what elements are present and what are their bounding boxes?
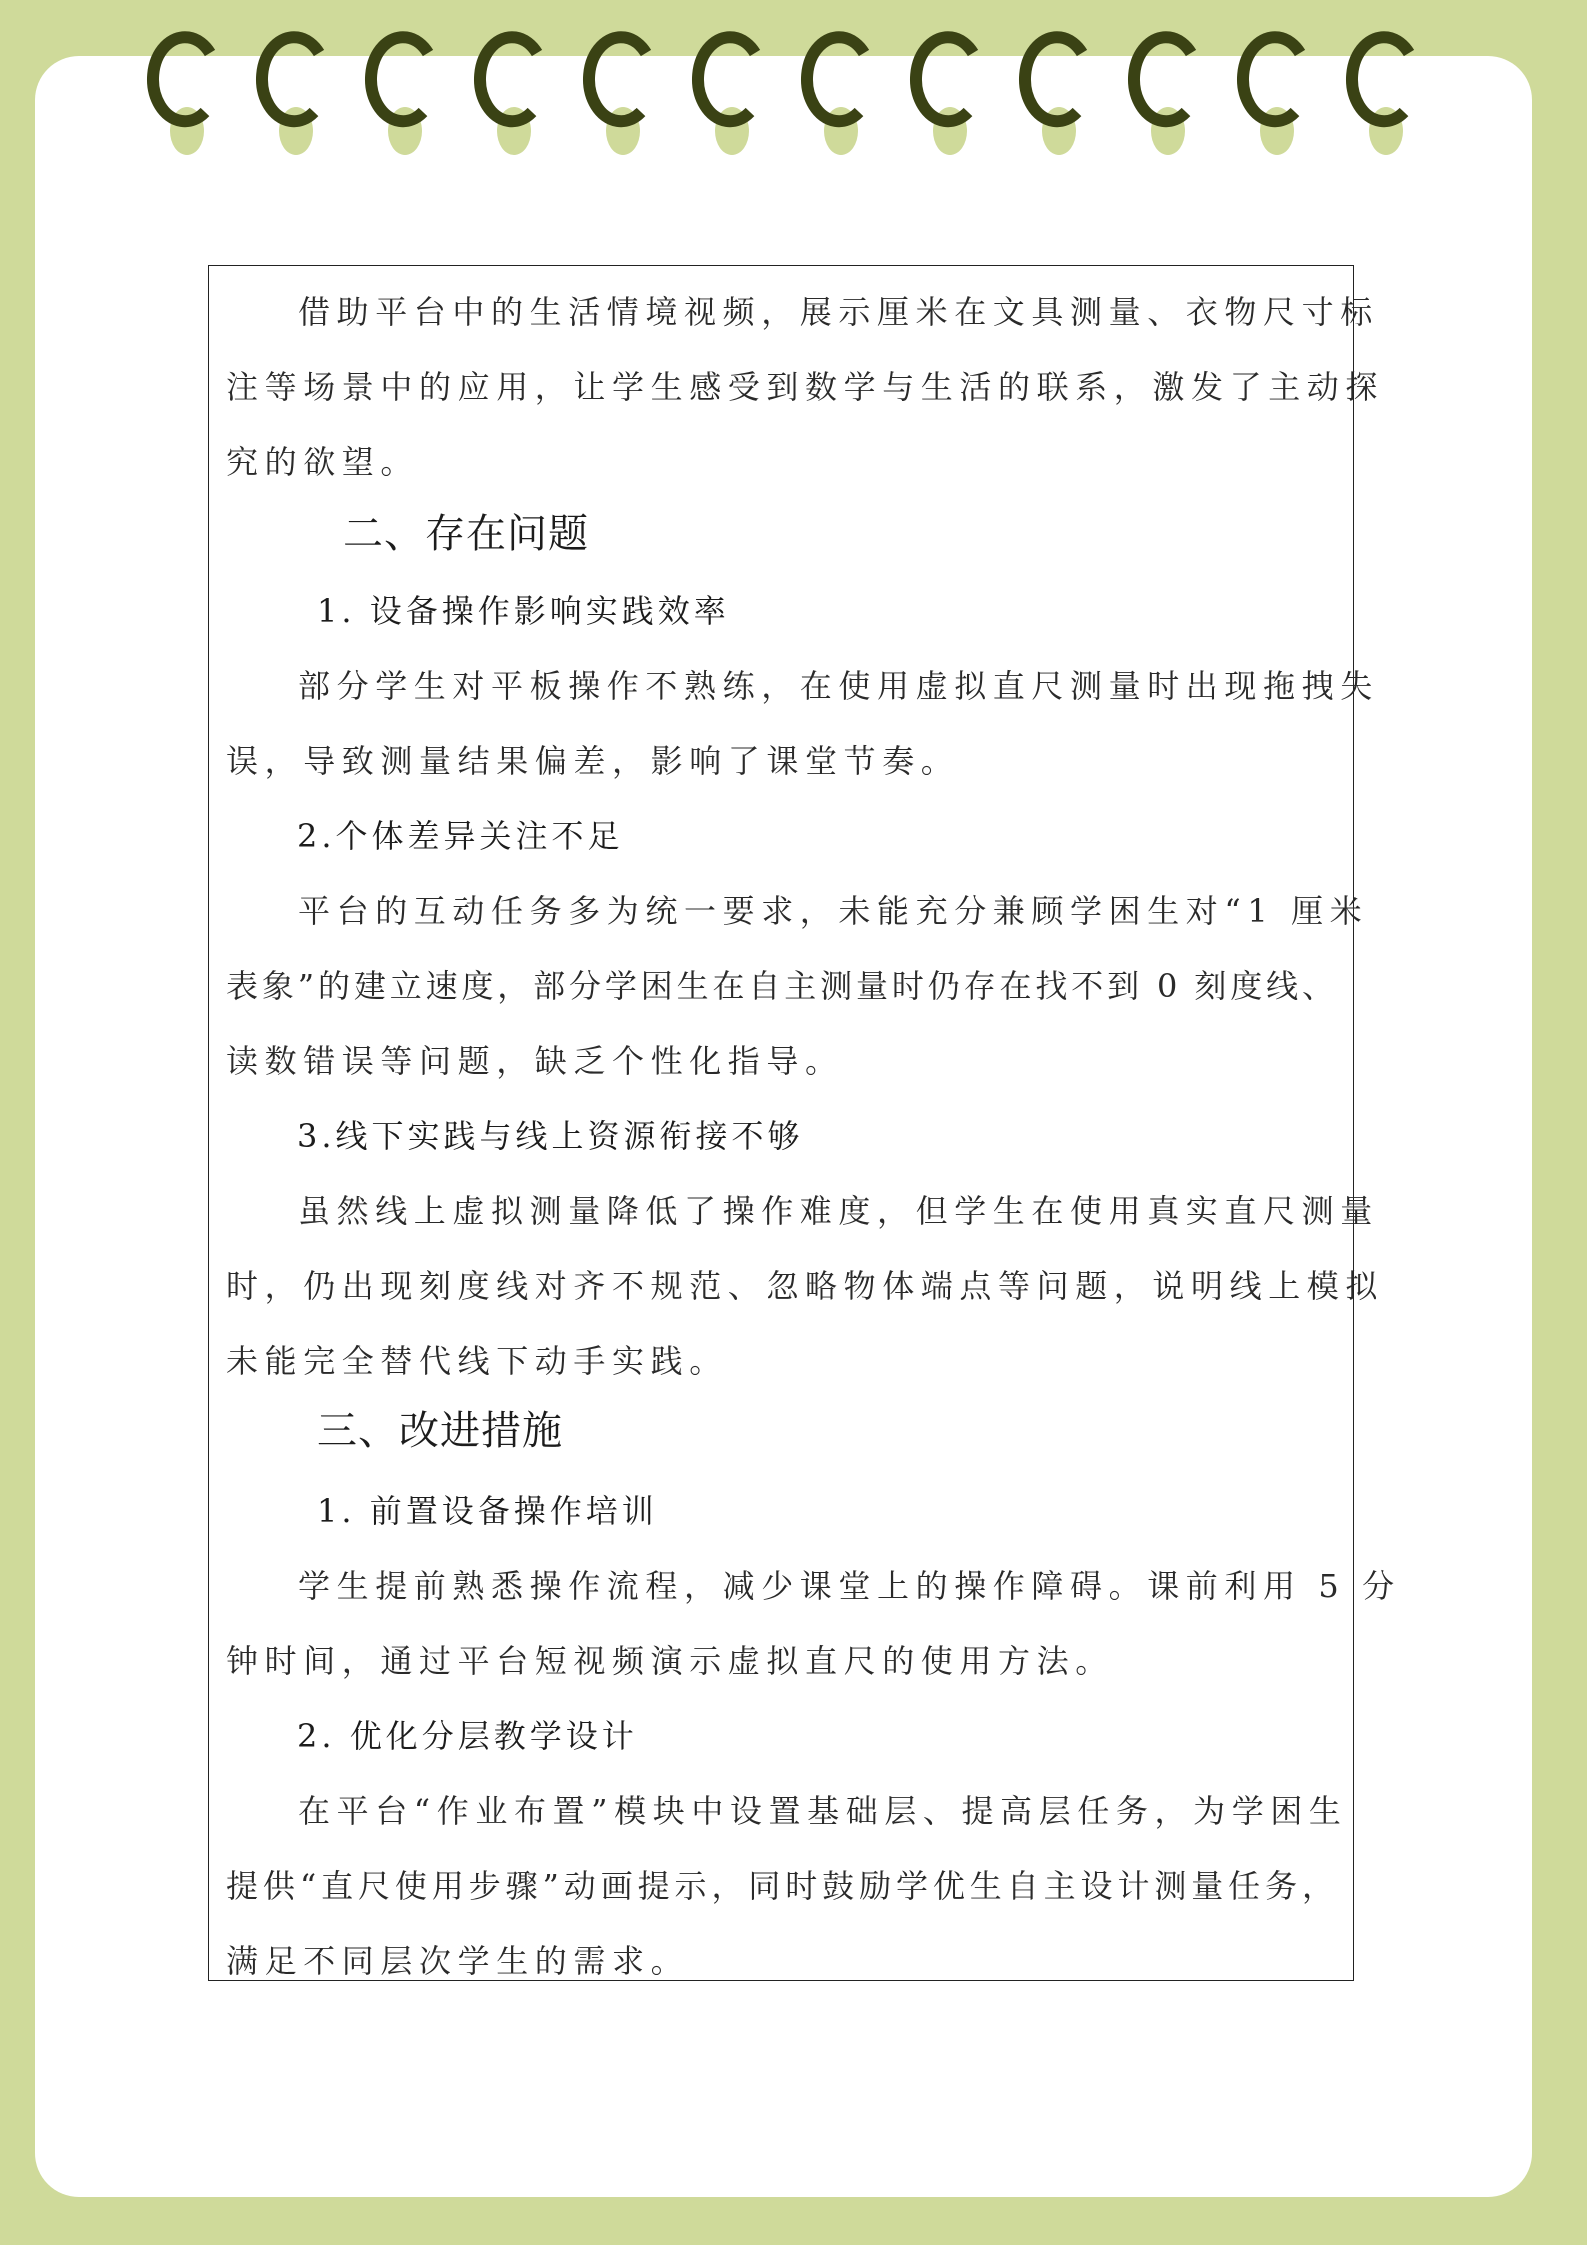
intro-line-2: 注等场景中的应用，让学生感受到数学与生活的联系，激发了主动探	[226, 367, 1337, 407]
paragraph-line: 部分学生对平板操作不熟练，在使用虚拟直尺测量时出现拖拽失	[226, 666, 1337, 706]
binding-ring-icon	[1015, 0, 1125, 170]
paragraph-line: 未能完全替代线下动手实践。	[226, 1341, 1337, 1381]
binding-ring-icon	[906, 0, 1016, 170]
paragraph-line: 学生提前熟悉操作流程，减少课堂上的操作障碍。课前利用 5 分	[226, 1566, 1337, 1606]
paragraph-line: 误，导致测量结果偏差，影响了课堂节奏。	[226, 741, 1337, 781]
binding-ring-icon	[1233, 0, 1343, 170]
binding-ring-icon	[143, 0, 253, 170]
binding-ring-icon	[1342, 0, 1452, 170]
paragraph-line: 满足不同层次学生的需求。	[226, 1941, 1337, 1981]
subheading-device-operation: 1. 设备操作影响实践效率	[317, 591, 730, 631]
section-heading-improvements: 三、改进措施	[317, 1407, 563, 1455]
subheading-tiered-design: 2. 优化分层教学设计	[297, 1716, 638, 1756]
intro-line-1: 借助平台中的生活情境视频，展示厘米在文具测量、衣物尺寸标	[226, 292, 1337, 332]
binding-ring-icon	[361, 0, 471, 170]
binding-ring-icon	[1124, 0, 1234, 170]
binding-ring-icon	[470, 0, 580, 170]
subheading-individual-differences: 2.个体差异关注不足	[297, 816, 624, 856]
paragraph-line: 钟时间，通过平台短视频演示虚拟直尺的使用方法。	[226, 1641, 1337, 1681]
paragraph-line: 在平台“作业布置”模块中设置基础层、提高层任务，为学困生	[226, 1791, 1337, 1831]
paragraph-line: 提供“直尺使用步骤”动画提示，同时鼓励学优生自主设计测量任务，	[226, 1866, 1337, 1906]
binding-ring-icon	[688, 0, 798, 170]
paragraph-line: 时，仍出现刻度线对齐不规范、忽略物体端点等问题，说明线上模拟	[226, 1266, 1337, 1306]
binding-ring-icon	[797, 0, 907, 170]
paragraph-line: 虽然线上虚拟测量降低了操作难度，但学生在使用真实直尺测量	[226, 1191, 1337, 1231]
paragraph-line: 平台的互动任务多为统一要求，未能充分兼顾学困生对“1 厘米	[226, 891, 1337, 931]
content-box: 借助平台中的生活情境视频，展示厘米在文具测量、衣物尺寸标 注等场景中的应用，让学…	[208, 265, 1354, 1981]
paragraph-line: 读数错误等问题，缺乏个性化指导。	[226, 1041, 1337, 1081]
spiral-binding	[0, 0, 1587, 170]
binding-ring-icon	[579, 0, 689, 170]
section-heading-problems: 二、存在问题	[343, 510, 589, 558]
binding-ring-icon	[252, 0, 362, 170]
subheading-pre-training: 1. 前置设备操作培训	[317, 1491, 658, 1531]
paragraph-line: 表象”的建立速度，部分学困生在自主测量时仍存在找不到 0 刻度线、	[226, 966, 1337, 1006]
subheading-online-offline: 3.线下实践与线上资源衔接不够	[297, 1116, 804, 1156]
intro-line-3: 究的欲望。	[226, 442, 1337, 482]
